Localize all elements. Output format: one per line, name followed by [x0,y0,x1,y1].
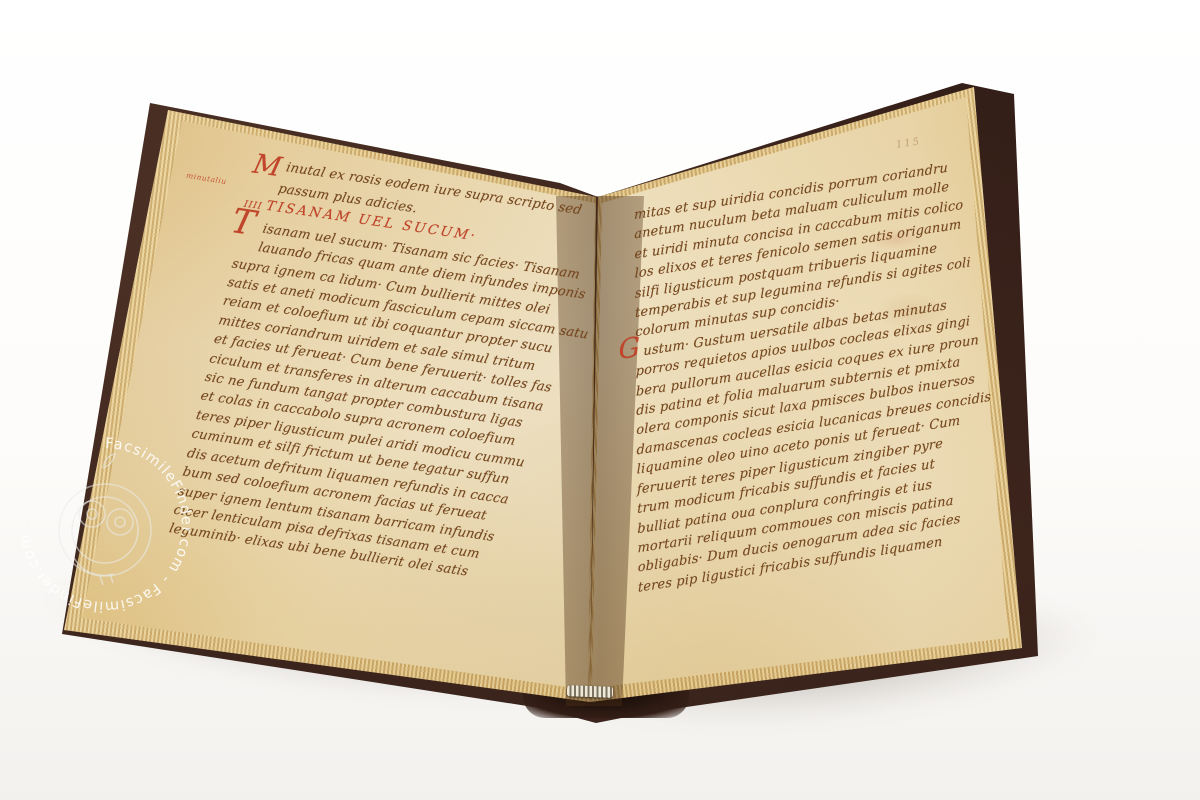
rubricated-initial-G: G [619,337,641,360]
rubricated-initial-M: M [251,154,284,180]
spine-headband [567,685,613,698]
facsimilefinder-watermark: FacsimileFinder.com - FacsimileFinder.co… [4,408,234,658]
photo-stage: minutaliu M inutal ex rosis eodem iure s… [0,0,1200,800]
right-page-text: mitas et sup uiridia concidis porrum cor… [634,155,978,598]
owl-logo-icon [59,454,151,585]
recipe-paragraph: G ustum· Gustum uersatile albas betas mi… [635,292,978,598]
rubricated-initial-T: T [230,212,257,234]
